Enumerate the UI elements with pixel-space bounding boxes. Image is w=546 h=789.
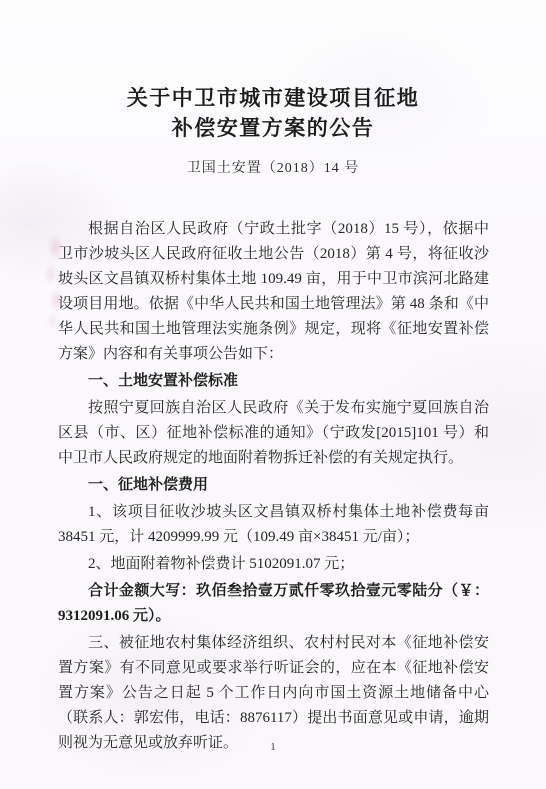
doc-body: 根据自治区人民政府（宁政土批字（2018）15 号），依据中卫市沙坡头区人民政府… <box>58 217 489 756</box>
paragraph-land-compensation-fee: 1、该项目征收沙坡头区文昌镇双桥村集体土地补偿费每亩 38451 元，计 420… <box>58 500 489 550</box>
document-page: 关于中卫市城市建设项目征地 补偿安置方案的公告 卫国土安置（2018）14 号 … <box>0 0 546 789</box>
paragraph-attachment-fee: 2、地面附着物补偿费计 5102091.07 元； <box>58 552 489 577</box>
doc-title-line-2: 补偿安置方案的公告 <box>0 114 546 144</box>
heading-land-resettlement-standard: 一、土地安置补偿标准 <box>58 369 489 394</box>
heading-compensation-fees: 一、征地补偿费用 <box>58 473 489 498</box>
doc-title: 关于中卫市城市建设项目征地 补偿安置方案的公告 <box>0 0 546 144</box>
paragraph-total-amount: 合计金额大写：玖佰叁拾壹万贰仟零玖拾壹元零陆分（￥：9312091.06 元）。 <box>58 579 489 629</box>
doc-number: 卫国土安置（2018）14 号 <box>0 157 546 177</box>
paragraph-standard-basis: 按照宁夏回族自治区人民政府《关于发布实施宁夏回族自治区县（市、区）征地补偿标准的… <box>58 396 489 471</box>
page-number: 1 <box>0 741 546 753</box>
paragraph-hearing-notice: 三、被征地农村集体经济组织、农村村民对本《征地补偿安置方案》有不同意见或要求举行… <box>58 631 489 756</box>
paragraph-intro: 根据自治区人民政府（宁政土批字（2018）15 号），依据中卫市沙坡头区人民政府… <box>58 217 489 367</box>
doc-title-line-1: 关于中卫市城市建设项目征地 <box>0 84 546 114</box>
